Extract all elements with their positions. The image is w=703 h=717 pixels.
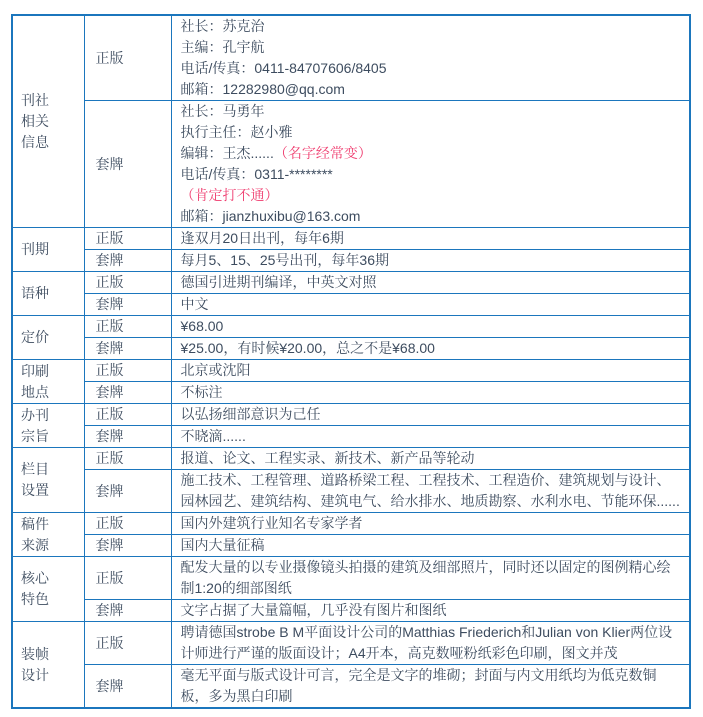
content-cell: 逢双月20日出刊，每年6期 — [171, 228, 690, 250]
table-row: 印刷地点正版北京或沈阳 — [12, 360, 690, 382]
category-cell: 刊社相关信息 — [12, 15, 84, 228]
content-line: 施工技术、工程管理、道路桥梁工程、工程技术、工程造价、建筑规划与设计、园林园艺、… — [181, 470, 684, 512]
category-line: 地点 — [21, 382, 78, 403]
category-line: 设计 — [21, 665, 78, 686]
category-line: 刊社 — [21, 90, 78, 111]
content-line: 社长：苏克治 — [181, 16, 684, 37]
content-line: 每月5、15、25号出刊，每年36期 — [181, 250, 684, 271]
content-cell: 毫无平面与版式设计可言，完全是文字的堆砌；封面与内文用纸均为低克数铜板，多为黑白… — [171, 665, 690, 709]
content-cell: 国内外建筑行业知名专家学者 — [171, 513, 690, 535]
variant-label-cell: 正版 — [84, 360, 171, 382]
category-line: 装帧 — [21, 644, 78, 665]
category-line: 语种 — [21, 283, 78, 304]
text-segment: 报道、论文、工程实录、新技术、新产品等轮动 — [181, 450, 475, 466]
highlighted-text: （肯定打不通） — [181, 187, 279, 203]
content-cell: 施工技术、工程管理、道路桥梁工程、工程技术、工程造价、建筑规划与设计、园林园艺、… — [171, 470, 690, 513]
content-line: 中文 — [181, 294, 684, 315]
content-cell: 不晓滴...... — [171, 426, 690, 448]
variant-label-cell: 正版 — [84, 404, 171, 426]
content-cell: 北京或沈阳 — [171, 360, 690, 382]
category-cell: 核心特色 — [12, 557, 84, 622]
text-segment: 德国引进期刊编译，中英文对照 — [181, 274, 377, 290]
highlighted-text: （名字经常变） — [274, 145, 372, 161]
table-row: 核心特色正版配发大量的以专业摄像镜头拍摄的建筑及细部照片，同时还以固定的图例精心… — [12, 557, 690, 600]
content-line: 编辑：王杰......（名字经常变） — [181, 143, 684, 164]
table-row: 刊社相关信息正版社长：苏克治主编：孔宇航电话/传真：0411-84707606/… — [12, 15, 690, 101]
content-line: ¥25.00，有时候¥20.00，总之不是¥68.00 — [181, 338, 684, 359]
content-cell: 社长：马勇年执行主任：赵小雅编辑：王杰......（名字经常变）电话/传真：03… — [171, 101, 690, 228]
category-cell: 刊期 — [12, 228, 84, 272]
variant-label-cell: 套牌 — [84, 426, 171, 448]
content-cell: ¥25.00，有时候¥20.00，总之不是¥68.00 — [171, 338, 690, 360]
content-line: 国内外建筑行业知名专家学者 — [181, 513, 684, 534]
text-segment: 社长：苏克治 — [181, 18, 265, 34]
content-line: 北京或沈阳 — [181, 360, 684, 381]
table-row: 套牌不标注 — [12, 382, 690, 404]
table-body: 刊社相关信息正版社长：苏克治主编：孔宇航电话/传真：0411-84707606/… — [12, 15, 690, 708]
content-cell: 社长：苏克治主编：孔宇航电话/传真：0411-84707606/8405邮箱：1… — [171, 15, 690, 101]
table-row: 套牌不晓滴...... — [12, 426, 690, 448]
variant-label-cell: 套牌 — [84, 338, 171, 360]
content-cell: 报道、论文、工程实录、新技术、新产品等轮动 — [171, 448, 690, 470]
content-cell: 德国引进期刊编译，中英文对照 — [171, 272, 690, 294]
content-line: 执行主任：赵小雅 — [181, 122, 684, 143]
content-line: ¥68.00 — [181, 316, 684, 337]
category-line: 宗旨 — [21, 426, 78, 447]
content-line: 报道、论文、工程实录、新技术、新产品等轮动 — [181, 448, 684, 469]
text-segment: 编辑：王杰...... — [181, 145, 274, 161]
variant-label-cell: 套牌 — [84, 600, 171, 622]
journal-comparison-table: 刊社相关信息正版社长：苏克治主编：孔宇航电话/传真：0411-84707606/… — [11, 14, 691, 709]
content-cell: 文字占据了大量篇幅，几乎没有图片和图纸 — [171, 600, 690, 622]
text-segment: 不晓滴...... — [181, 428, 246, 444]
category-cell: 装帧设计 — [12, 622, 84, 709]
category-line: 相关 — [21, 111, 78, 132]
category-line: 特色 — [21, 589, 78, 610]
text-segment: 每月5、15、25号出刊，每年36期 — [181, 252, 390, 268]
category-line: 栏目 — [21, 459, 78, 480]
text-segment: 北京或沈阳 — [181, 362, 251, 378]
text-segment: 不标注 — [181, 384, 223, 400]
category-line: 办刊 — [21, 405, 78, 426]
table-row: 稿件来源正版国内外建筑行业知名专家学者 — [12, 513, 690, 535]
category-cell: 语种 — [12, 272, 84, 316]
text-segment: ¥68.00 — [181, 318, 224, 334]
text-segment: 国内大量征稿 — [181, 537, 265, 553]
text-segment: 邮箱：jianzhuxibu@163.com — [181, 208, 361, 224]
text-segment: 中文 — [181, 296, 209, 312]
content-cell: 中文 — [171, 294, 690, 316]
variant-label-cell: 套牌 — [84, 250, 171, 272]
category-cell: 办刊宗旨 — [12, 404, 84, 448]
variant-label-cell: 正版 — [84, 622, 171, 665]
content-cell: 配发大量的以专业摄像镜头拍摄的建筑及细部照片，同时还以固定的图例精心绘制1:20… — [171, 557, 690, 600]
text-segment: 邮箱：12282980@qq.com — [181, 81, 345, 97]
category-cell: 定价 — [12, 316, 84, 360]
text-segment: 聘请德国strobe B M平面设计公司的Matthias Friederich… — [181, 624, 673, 661]
category-cell: 印刷地点 — [12, 360, 84, 404]
category-line: 稿件 — [21, 514, 78, 535]
content-line: 德国引进期刊编译，中英文对照 — [181, 272, 684, 293]
variant-label-cell: 正版 — [84, 272, 171, 294]
variant-label-cell: 套牌 — [84, 470, 171, 513]
table-row: 栏目设置正版报道、论文、工程实录、新技术、新产品等轮动 — [12, 448, 690, 470]
page: { "colors": { "border": "#1b76bd", "text… — [0, 0, 703, 709]
text-segment: 毫无平面与版式设计可言，完全是文字的堆砌；封面与内文用纸均为低克数铜板，多为黑白… — [181, 667, 657, 704]
text-segment: 以弘扬细部意识为己任 — [181, 406, 321, 422]
category-cell: 稿件来源 — [12, 513, 84, 557]
variant-label-cell: 正版 — [84, 15, 171, 101]
content-line: （肯定打不通） — [181, 185, 684, 206]
variant-label-cell: 正版 — [84, 557, 171, 600]
content-line: 社长：马勇年 — [181, 101, 684, 122]
content-line: 文字占据了大量篇幅，几乎没有图片和图纸 — [181, 600, 684, 621]
category-line: 设置 — [21, 480, 78, 501]
table-row: 套牌每月5、15、25号出刊，每年36期 — [12, 250, 690, 272]
category-cell: 栏目设置 — [12, 448, 84, 513]
table-row: 定价正版¥68.00 — [12, 316, 690, 338]
variant-label-cell: 套牌 — [84, 535, 171, 557]
content-cell: 聘请德国strobe B M平面设计公司的Matthias Friederich… — [171, 622, 690, 665]
text-segment: 社长：马勇年 — [181, 103, 265, 119]
comparison-table-container: 刊社相关信息正版社长：苏克治主编：孔宇航电话/传真：0411-84707606/… — [0, 0, 703, 709]
content-line: 以弘扬细部意识为己任 — [181, 404, 684, 425]
content-cell: ¥68.00 — [171, 316, 690, 338]
table-row: 语种正版德国引进期刊编译，中英文对照 — [12, 272, 690, 294]
content-line: 毫无平面与版式设计可言，完全是文字的堆砌；封面与内文用纸均为低克数铜板，多为黑白… — [181, 665, 684, 707]
table-row: 套牌国内大量征稿 — [12, 535, 690, 557]
content-line: 聘请德国strobe B M平面设计公司的Matthias Friederich… — [181, 622, 684, 664]
text-segment: 施工技术、工程管理、道路桥梁工程、工程技术、工程造价、建筑规划与设计、园林园艺、… — [181, 472, 680, 509]
content-line: 电话/传真：0411-84707606/8405 — [181, 58, 684, 79]
content-line: 逢双月20日出刊，每年6期 — [181, 228, 684, 249]
table-row: 办刊宗旨正版以弘扬细部意识为己任 — [12, 404, 690, 426]
table-row: 套牌中文 — [12, 294, 690, 316]
variant-label-cell: 套牌 — [84, 294, 171, 316]
variant-label-cell: 套牌 — [84, 665, 171, 709]
content-line: 国内大量征稿 — [181, 535, 684, 556]
table-row: 套牌毫无平面与版式设计可言，完全是文字的堆砌；封面与内文用纸均为低克数铜板，多为… — [12, 665, 690, 709]
text-segment: 文字占据了大量篇幅，几乎没有图片和图纸 — [181, 602, 447, 618]
table-row: 套牌文字占据了大量篇幅，几乎没有图片和图纸 — [12, 600, 690, 622]
content-line: 邮箱：jianzhuxibu@163.com — [181, 206, 684, 227]
category-line: 印刷 — [21, 361, 78, 382]
table-row: 装帧设计正版聘请德国strobe B M平面设计公司的Matthias Frie… — [12, 622, 690, 665]
content-line: 主编：孔宇航 — [181, 37, 684, 58]
content-line: 不晓滴...... — [181, 426, 684, 447]
text-segment: 电话/传真：0311-******** — [181, 166, 333, 182]
variant-label-cell: 正版 — [84, 513, 171, 535]
text-segment: 国内外建筑行业知名专家学者 — [181, 515, 363, 531]
content-cell: 国内大量征稿 — [171, 535, 690, 557]
text-segment: 执行主任：赵小雅 — [181, 124, 293, 140]
content-cell: 不标注 — [171, 382, 690, 404]
table-row: 套牌¥25.00，有时候¥20.00，总之不是¥68.00 — [12, 338, 690, 360]
text-segment: 逢双月20日出刊，每年6期 — [181, 230, 344, 246]
category-line: 刊期 — [21, 239, 78, 260]
category-line: 信息 — [21, 132, 78, 153]
content-line: 邮箱：12282980@qq.com — [181, 79, 684, 100]
variant-label-cell: 正版 — [84, 316, 171, 338]
variant-label-cell: 套牌 — [84, 101, 171, 228]
table-row: 刊期正版逢双月20日出刊，每年6期 — [12, 228, 690, 250]
content-cell: 每月5、15、25号出刊，每年36期 — [171, 250, 690, 272]
variant-label-cell: 正版 — [84, 448, 171, 470]
category-line: 定价 — [21, 327, 78, 348]
table-row: 套牌社长：马勇年执行主任：赵小雅编辑：王杰......（名字经常变）电话/传真：… — [12, 101, 690, 228]
text-segment: 配发大量的以专业摄像镜头拍摄的建筑及细部照片，同时还以固定的图例精心绘制1:20… — [181, 559, 671, 596]
category-line: 来源 — [21, 535, 78, 556]
content-line: 不标注 — [181, 382, 684, 403]
content-line: 配发大量的以专业摄像镜头拍摄的建筑及细部照片，同时还以固定的图例精心绘制1:20… — [181, 557, 684, 599]
content-cell: 以弘扬细部意识为己任 — [171, 404, 690, 426]
table-row: 套牌施工技术、工程管理、道路桥梁工程、工程技术、工程造价、建筑规划与设计、园林园… — [12, 470, 690, 513]
text-segment: ¥25.00，有时候¥20.00，总之不是¥68.00 — [181, 340, 435, 356]
text-segment: 电话/传真：0411-84707606/8405 — [181, 60, 387, 76]
category-line: 核心 — [21, 568, 78, 589]
variant-label-cell: 正版 — [84, 228, 171, 250]
text-segment: 主编：孔宇航 — [181, 39, 265, 55]
variant-label-cell: 套牌 — [84, 382, 171, 404]
content-line: 电话/传真：0311-******** — [181, 164, 684, 185]
